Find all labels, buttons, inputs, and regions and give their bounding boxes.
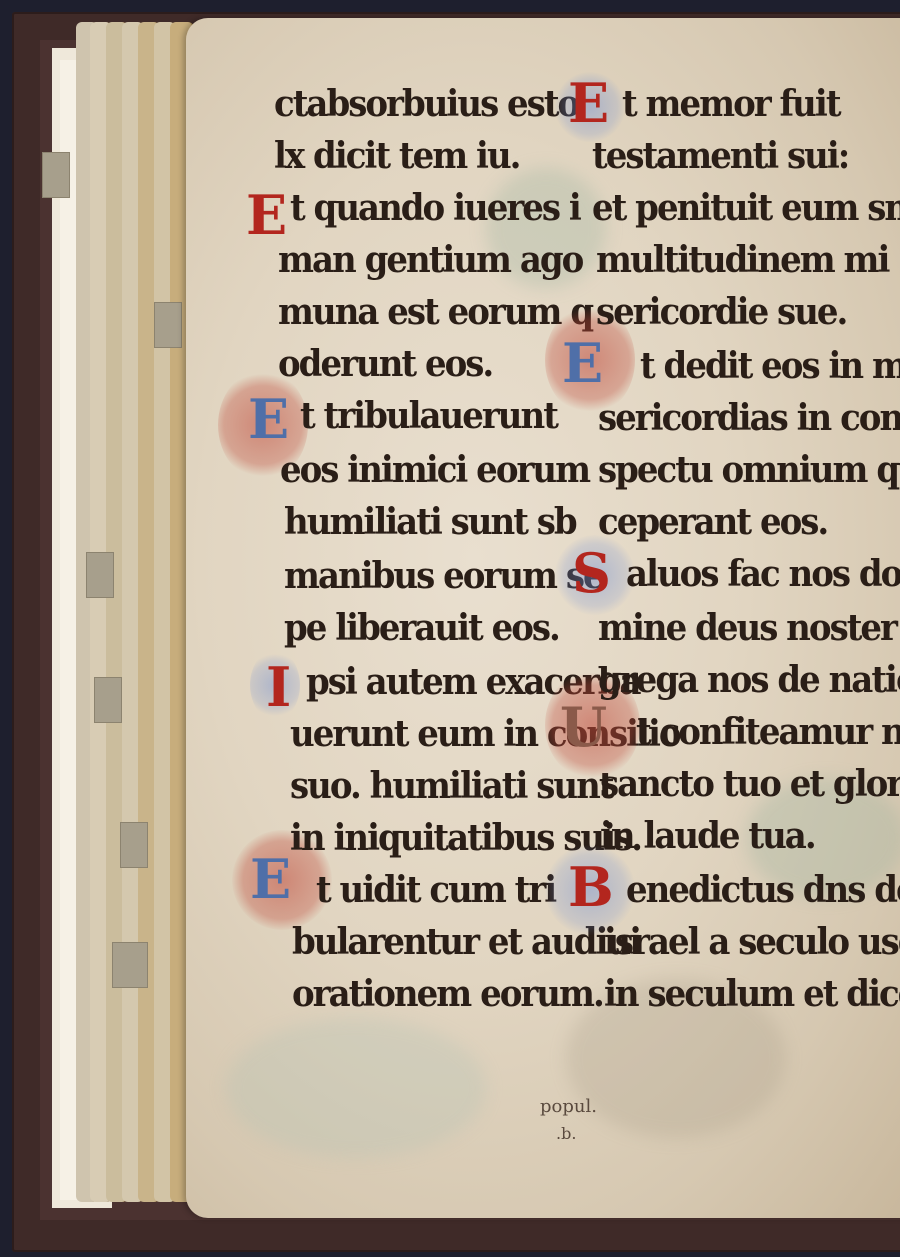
text-line: humiliati sunt sb xyxy=(284,500,576,543)
text-line: man gentium ago xyxy=(278,238,582,281)
text-line: t tribulauerunt xyxy=(300,394,557,437)
text-line: lx dicit tem iu. xyxy=(274,134,520,177)
text-line: suo. humiliati sunt xyxy=(290,764,613,807)
text-line: et penituit eum sm xyxy=(592,186,900,229)
text-line: mine deus noster et con xyxy=(598,606,900,649)
text-line: orationem eorum. xyxy=(292,972,603,1015)
text-line: oderunt eos. xyxy=(278,342,492,385)
text-line: aluos fac nos do xyxy=(626,552,900,595)
text-line: sancto tuo et gloriemur xyxy=(600,762,900,805)
page-tab xyxy=(120,822,148,868)
text-line: testamenti sui: xyxy=(592,134,848,177)
text-line: muna est eorum q xyxy=(278,290,592,333)
initial-letter: E xyxy=(248,392,289,446)
catchword: popul. xyxy=(540,1096,597,1117)
text-line: t quando iueres i xyxy=(290,186,580,229)
text-line: in laude tua. xyxy=(600,814,815,857)
text-line: in seculum et dicet ois xyxy=(604,972,900,1015)
text-line: t confiteamur nomi xyxy=(636,710,900,753)
text-line: t uidit cum tri xyxy=(316,868,555,911)
text-line: t memor fuit xyxy=(622,82,840,125)
initial-letter: E xyxy=(562,336,603,390)
initial-letter: B xyxy=(568,860,614,914)
page-tab xyxy=(42,152,70,198)
initial-letter: S xyxy=(572,546,611,600)
text-line: pe liberauit eos. xyxy=(284,606,559,649)
text-line: ctabsorbuius esto xyxy=(274,82,578,125)
page-tab xyxy=(86,552,114,598)
manuscript-photo: E E I E ctabsorbuius esto lx dicit tem i… xyxy=(0,0,900,1257)
initial-letter: E xyxy=(568,76,609,130)
initial-letter: E xyxy=(250,852,291,906)
initial-letter: E xyxy=(246,188,287,242)
text-line: grega nos de nationib. xyxy=(598,658,900,701)
quire-signature: .b. xyxy=(556,1124,576,1143)
initial-letter: I xyxy=(266,660,291,714)
text-line: multitudinem mi xyxy=(596,238,888,281)
text-line: israel a seculo usq; xyxy=(604,920,900,963)
text-line: eos inimici eorum xyxy=(280,448,589,491)
text-line: ceperant eos. xyxy=(598,500,827,543)
page-tab xyxy=(154,302,182,348)
initial-letter: U xyxy=(560,700,607,754)
page-tab xyxy=(112,942,148,988)
text-line: spectu omnium qui xyxy=(598,448,900,491)
text-line: enedictus dns deus xyxy=(626,868,900,911)
text-line: t dedit eos in m xyxy=(640,344,900,387)
page-tab xyxy=(94,677,122,723)
text-line: sericordie sue. xyxy=(596,290,846,333)
text-line: sericordias in con xyxy=(598,396,900,439)
